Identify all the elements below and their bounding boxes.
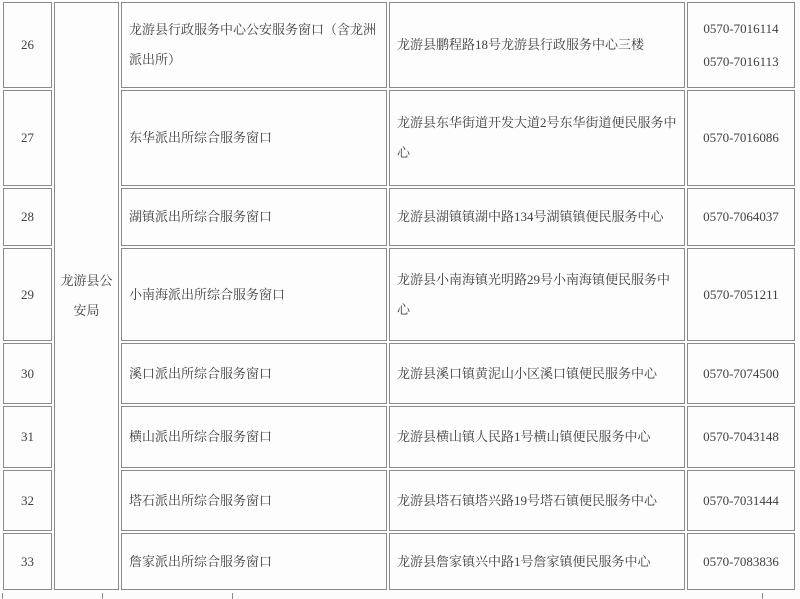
phone-number: 0570-7016113 (692, 47, 790, 77)
phone-number: 0570-7051211 (692, 280, 790, 310)
table-row: 26 龙游县公安局 龙游县行政服务中心公安服务窗口（含龙洲派出所） 龙游县鹏程路… (3, 2, 795, 88)
phone-number: 0570-7064037 (692, 202, 790, 232)
address-cell: 龙游县溪口镇黄泥山小区溪口镇便民服务中心 (389, 343, 685, 404)
address-cell: 龙游县湖镇镇湖中路134号湖镇镇便民服务中心 (389, 188, 685, 246)
partial-next-row-divider (102, 593, 103, 599)
table-row: 29 小南海派出所综合服务窗口 龙游县小南海镇光明路29号小南海镇便民服务中心 … (3, 248, 795, 341)
window-name-cell: 溪口派出所综合服务窗口 (121, 343, 387, 404)
org-cell: 龙游县公安局 (54, 2, 119, 590)
address-cell: 龙游县鹏程路18号龙游县行政服务中心三楼 (389, 2, 685, 88)
window-name-cell: 东华派出所综合服务窗口 (121, 90, 387, 186)
window-name-cell: 龙游县行政服务中心公安服务窗口（含龙洲派出所） (121, 2, 387, 88)
phone-number: 0570-7043148 (692, 422, 790, 452)
table-row: 32 塔石派出所综合服务窗口 龙游县塔石镇塔兴路19号塔石镇便民服务中心 057… (3, 470, 795, 531)
phone-number: 0570-7083836 (692, 547, 790, 577)
table-row: 28 湖镇派出所综合服务窗口 龙游县湖镇镇湖中路134号湖镇镇便民服务中心 05… (3, 188, 795, 246)
address-cell: 龙游县小南海镇光明路29号小南海镇便民服务中心 (389, 248, 685, 341)
address-cell: 龙游县东华街道开发大道2号东华街道便民服务中心 (389, 90, 685, 186)
row-number-cell: 28 (3, 188, 52, 246)
row-number-cell: 26 (3, 2, 52, 88)
row-number-cell: 27 (3, 90, 52, 186)
window-name-cell: 小南海派出所综合服务窗口 (121, 248, 387, 341)
phone-number: 0570-7016086 (692, 123, 790, 153)
table-row: 31 横山派出所综合服务窗口 龙游县横山镇人民路1号横山镇便民服务中心 0570… (3, 406, 795, 468)
phone-cell: 0570-7043148 (687, 406, 795, 468)
phone-number: 0570-7074500 (692, 359, 790, 389)
phone-cell: 0570-7074500 (687, 343, 795, 404)
phone-number: 0570-7016114 (692, 14, 790, 44)
address-cell: 龙游县詹家镇兴中路1号詹家镇便民服务中心 (389, 533, 685, 590)
window-name-cell: 詹家派出所综合服务窗口 (121, 533, 387, 590)
address-cell: 龙游县横山镇人民路1号横山镇便民服务中心 (389, 406, 685, 468)
service-windows-table: 26 龙游县公安局 龙游县行政服务中心公安服务窗口（含龙洲派出所） 龙游县鹏程路… (1, 0, 797, 592)
phone-cell: 0570-7083836 (687, 533, 795, 590)
row-number-cell: 33 (3, 533, 52, 590)
address-cell: 龙游县塔石镇塔兴路19号塔石镇便民服务中心 (389, 470, 685, 531)
partial-next-row-divider (2, 593, 3, 599)
phone-number: 0570-7031444 (692, 486, 790, 516)
phone-cell: 0570-7051211 (687, 248, 795, 341)
row-number-cell: 30 (3, 343, 52, 404)
row-number-cell: 32 (3, 470, 52, 531)
partial-next-row-divider (232, 593, 233, 599)
row-number-cell: 31 (3, 406, 52, 468)
window-name-cell: 横山派出所综合服务窗口 (121, 406, 387, 468)
window-name-cell: 塔石派出所综合服务窗口 (121, 470, 387, 531)
phone-cell: 0570-7016114 0570-7016113 (687, 2, 795, 88)
table-row: 27 东华派出所综合服务窗口 龙游县东华街道开发大道2号东华街道便民服务中心 0… (3, 90, 795, 186)
window-name-cell: 湖镇派出所综合服务窗口 (121, 188, 387, 246)
phone-cell: 0570-7031444 (687, 470, 795, 531)
phone-cell: 0570-7016086 (687, 90, 795, 186)
partial-next-row-divider (762, 593, 763, 599)
phone-cell: 0570-7064037 (687, 188, 795, 246)
table-row: 33 詹家派出所综合服务窗口 龙游县詹家镇兴中路1号詹家镇便民服务中心 0570… (3, 533, 795, 590)
table-row: 30 溪口派出所综合服务窗口 龙游县溪口镇黄泥山小区溪口镇便民服务中心 0570… (3, 343, 795, 404)
row-number-cell: 29 (3, 248, 52, 341)
document-page: 26 龙游县公安局 龙游县行政服务中心公安服务窗口（含龙洲派出所） 龙游县鹏程路… (0, 0, 800, 599)
